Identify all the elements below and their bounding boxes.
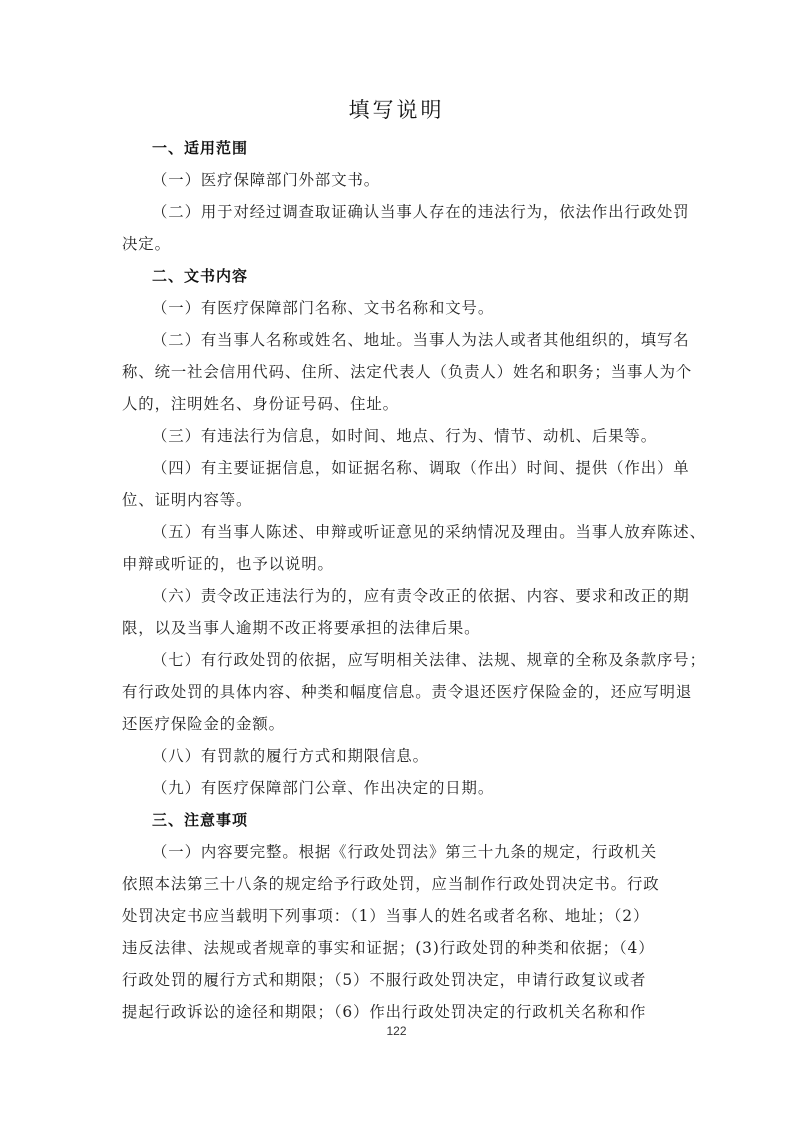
paragraph-line: （一）有医疗保障部门名称、文书名称和文号。 <box>122 292 674 324</box>
paragraph-line: 处罚决定书应当载明下列事项：（1）当事人的姓名或者名称、地址；（2） <box>122 900 674 932</box>
paragraph-line: （四）有主要证据信息，如证据名称、调取（作出）时间、提供（作出）单 <box>122 452 674 484</box>
paragraph-line: 位、证明内容等。 <box>122 484 674 516</box>
document-page: 填写说明 一、适用范围 （一）医疗保障部门外部文书。 （二）用于对经过调查取证确… <box>0 0 793 1122</box>
section-heading-notes: 三、注意事项 <box>122 804 674 836</box>
paragraph-line: 限，以及当事人逾期不改正将要承担的法律后果。 <box>122 612 674 644</box>
paragraph-line: 人的，注明姓名、身份证号码、住址。 <box>122 388 674 420</box>
document-body: 一、适用范围 （一）医疗保障部门外部文书。 （二）用于对经过调查取证确认当事人存… <box>122 132 674 1028</box>
paragraph-line: 申辩或听证的，也予以说明。 <box>122 548 674 580</box>
paragraph-line: 行政处罚的履行方式和期限；（5）不服行政处罚决定，申请行政复议或者 <box>122 964 674 996</box>
paragraph-line: （二）用于对经过调查取证确认当事人存在的违法行为，依法作出行政处罚 <box>122 196 674 228</box>
paragraph-line: 决定。 <box>122 228 674 260</box>
section-heading-content: 二、文书内容 <box>122 260 674 292</box>
paragraph-line: （九）有医疗保障部门公章、作出决定的日期。 <box>122 772 674 804</box>
paragraph-line: （一）医疗保障部门外部文书。 <box>122 164 674 196</box>
paragraph-line: （五）有当事人陈述、申辩或听证意见的采纳情况及理由。当事人放弃陈述、 <box>122 516 674 548</box>
paragraph-line: 依照本法第三十八条的规定给予行政处罚，应当制作行政处罚决定书。行政 <box>122 868 674 900</box>
paragraph-line: （一）内容要完整。根据《行政处罚法》第三十九条的规定，行政机关 <box>122 836 674 868</box>
paragraph-line: 有行政处罚的具体内容、种类和幅度信息。责令退还医疗保险金的，还应写明退 <box>122 676 674 708</box>
page-title: 填写说明 <box>0 94 793 124</box>
paragraph-line: （三）有违法行为信息，如时间、地点、行为、情节、动机、后果等。 <box>122 420 674 452</box>
section-heading-scope: 一、适用范围 <box>122 132 674 164</box>
paragraph-line: （八）有罚款的履行方式和期限信息。 <box>122 740 674 772</box>
paragraph-line: 还医疗保险金的金额。 <box>122 708 674 740</box>
paragraph-line: （二）有当事人名称或姓名、地址。当事人为法人或者其他组织的，填写名 <box>122 324 674 356</box>
paragraph-line: 称、统一社会信用代码、住所、法定代表人（负责人）姓名和职务；当事人为个 <box>122 356 674 388</box>
page-number: 122 <box>0 1024 793 1038</box>
paragraph-line: （七）有行政处罚的依据，应写明相关法律、法规、规章的全称及条款序号； <box>122 644 674 676</box>
paragraph-line: 违反法律、法规或者规章的事实和证据；(3)行政处罚的种类和依据；（4） <box>122 932 674 964</box>
paragraph-line: （六）责令改正违法行为的，应有责令改正的依据、内容、要求和改正的期 <box>122 580 674 612</box>
